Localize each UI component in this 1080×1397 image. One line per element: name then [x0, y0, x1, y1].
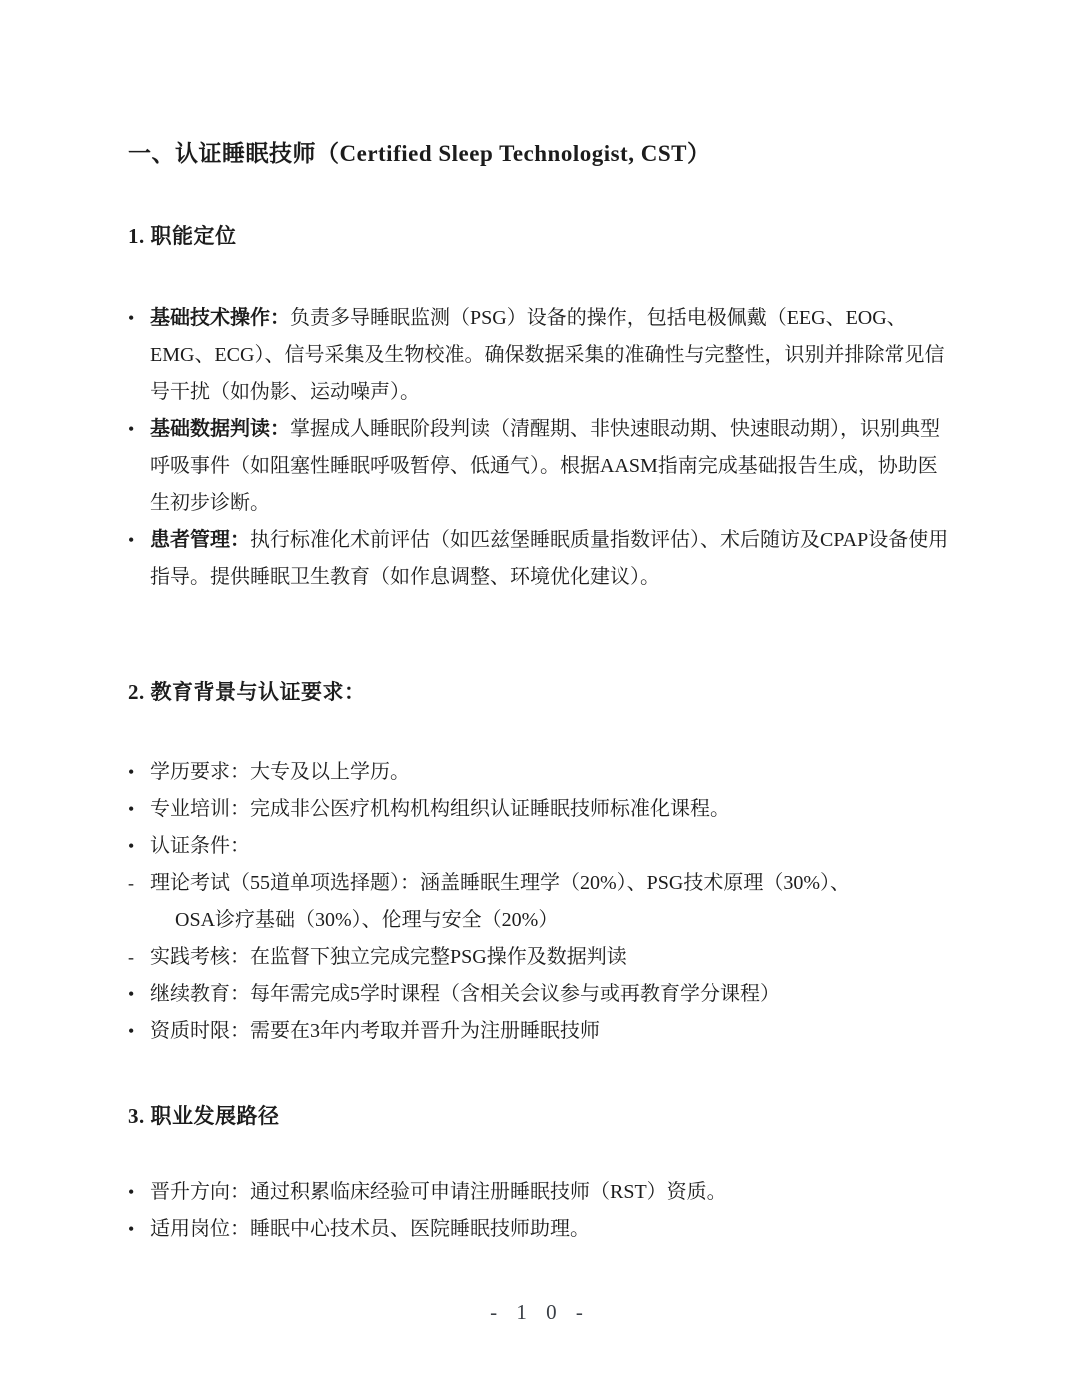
item-text: 晋升方向：通过积累临床经验可申请注册睡眠技师（RST）资质。	[150, 1181, 727, 1203]
item-label: 患者管理：	[150, 529, 250, 551]
bullet-icon: •	[128, 976, 150, 1013]
item-text: 认证条件：	[150, 835, 250, 857]
section-education-certification: 2. 教育背景与认证要求： • 学历要求：大专及以上学历。 • 专业培训：完成非…	[128, 676, 954, 1050]
item-body: 专业培训：完成非公医疗机构机构组织认证睡眠技师标准化课程。	[150, 791, 954, 828]
item-text: 实践考核：在监督下独立完成完整PSG操作及数据判读	[150, 946, 627, 968]
document-title: 一、认证睡眠技师（Certified Sleep Technologist, C…	[128, 135, 954, 168]
item-body: 理论考试（55道单项选择题）：涵盖睡眠生理学（20%）、PSG技术原理（30%）…	[150, 865, 954, 939]
item-text: 继续教育：每年需完成5学时课程（含相关会议参与或再教育学分课程）	[150, 983, 780, 1005]
document-page: 一、认证睡眠技师（Certified Sleep Technologist, C…	[0, 0, 1080, 1397]
document-content: 一、认证睡眠技师（Certified Sleep Technologist, C…	[0, 0, 1080, 1248]
item-text: 适用岗位：睡眠中心技术员、医院睡眠技师助理。	[150, 1218, 590, 1240]
section-3-heading: 3. 职业发展路径	[128, 1100, 954, 1130]
section-1-heading: 1. 职能定位	[128, 220, 954, 250]
page-number: - 1 0 -	[0, 1300, 1080, 1325]
item-text: 执行标准化术前评估（如匹兹堡睡眠质量指数评估）、术后随访及CPAP设备使用指导。…	[150, 529, 948, 588]
item-body: 认证条件：	[150, 828, 954, 865]
list-item: • 资质时限：需要在3年内考取并晋升为注册睡眠技师	[128, 1013, 954, 1050]
item-body: 学历要求：大专及以上学历。	[150, 754, 954, 791]
item-body: 基础技术操作：负责多导睡眠监测（PSG）设备的操作，包括电极佩戴（EEG、EOG…	[150, 300, 954, 411]
bullet-icon: •	[128, 522, 150, 559]
dash-icon: -	[128, 939, 150, 976]
bullet-icon: •	[128, 300, 150, 337]
item-label: 基础技术操作：	[150, 307, 290, 329]
item-text: 资质时限：需要在3年内考取并晋升为注册睡眠技师	[150, 1020, 600, 1042]
bullet-icon: •	[128, 411, 150, 448]
list-item: • 适用岗位：睡眠中心技术员、医院睡眠技师助理。	[128, 1211, 954, 1248]
item-body: 继续教育：每年需完成5学时课程（含相关会议参与或再教育学分课程）	[150, 976, 954, 1013]
list-item: • 学历要求：大专及以上学历。	[128, 754, 954, 791]
list-item: • 基础数据判读：掌握成人睡眠阶段判读（清醒期、非快速眼动期、快速眼动期），识别…	[128, 411, 954, 522]
dash-icon: -	[128, 865, 150, 902]
item-body: 实践考核：在监督下独立完成完整PSG操作及数据判读	[150, 939, 954, 976]
item-text-continuation: OSA诊疗基础（30%）、伦理与安全（20%）	[175, 902, 954, 939]
bullet-icon: •	[128, 828, 150, 865]
item-body: 适用岗位：睡眠中心技术员、医院睡眠技师助理。	[150, 1211, 954, 1248]
list-item: • 继续教育：每年需完成5学时课程（含相关会议参与或再教育学分课程）	[128, 976, 954, 1013]
list-item: • 认证条件：	[128, 828, 954, 865]
list-item: • 基础技术操作：负责多导睡眠监测（PSG）设备的操作，包括电极佩戴（EEG、E…	[128, 300, 954, 411]
list-item: - 实践考核：在监督下独立完成完整PSG操作及数据判读	[128, 939, 954, 976]
section-2-heading: 2. 教育背景与认证要求：	[128, 676, 954, 706]
list-item: • 专业培训：完成非公医疗机构机构组织认证睡眠技师标准化课程。	[128, 791, 954, 828]
item-label: 基础数据判读：	[150, 418, 290, 440]
item-body: 晋升方向：通过积累临床经验可申请注册睡眠技师（RST）资质。	[150, 1174, 954, 1211]
list-item: • 患者管理：执行标准化术前评估（如匹兹堡睡眠质量指数评估）、术后随访及CPAP…	[128, 522, 954, 596]
bullet-icon: •	[128, 754, 150, 791]
bullet-icon: •	[128, 1174, 150, 1211]
bullet-icon: •	[128, 1013, 150, 1050]
list-item: • 晋升方向：通过积累临床经验可申请注册睡眠技师（RST）资质。	[128, 1174, 954, 1211]
bullet-icon: •	[128, 791, 150, 828]
section-career-path: 3. 职业发展路径 • 晋升方向：通过积累临床经验可申请注册睡眠技师（RST）资…	[128, 1100, 954, 1248]
item-body: 资质时限：需要在3年内考取并晋升为注册睡眠技师	[150, 1013, 954, 1050]
item-body: 基础数据判读：掌握成人睡眠阶段判读（清醒期、非快速眼动期、快速眼动期），识别典型…	[150, 411, 954, 522]
item-text: 学历要求：大专及以上学历。	[150, 761, 410, 783]
bullet-icon: •	[128, 1211, 150, 1248]
item-body: 患者管理：执行标准化术前评估（如匹兹堡睡眠质量指数评估）、术后随访及CPAP设备…	[150, 522, 954, 596]
section-function-positioning: 1. 职能定位 • 基础技术操作：负责多导睡眠监测（PSG）设备的操作，包括电极…	[128, 220, 954, 596]
item-text: 专业培训：完成非公医疗机构机构组织认证睡眠技师标准化课程。	[150, 798, 730, 820]
list-item: - 理论考试（55道单项选择题）：涵盖睡眠生理学（20%）、PSG技术原理（30…	[128, 865, 954, 939]
item-text: 理论考试（55道单项选择题）：涵盖睡眠生理学（20%）、PSG技术原理（30%）…	[150, 872, 850, 894]
